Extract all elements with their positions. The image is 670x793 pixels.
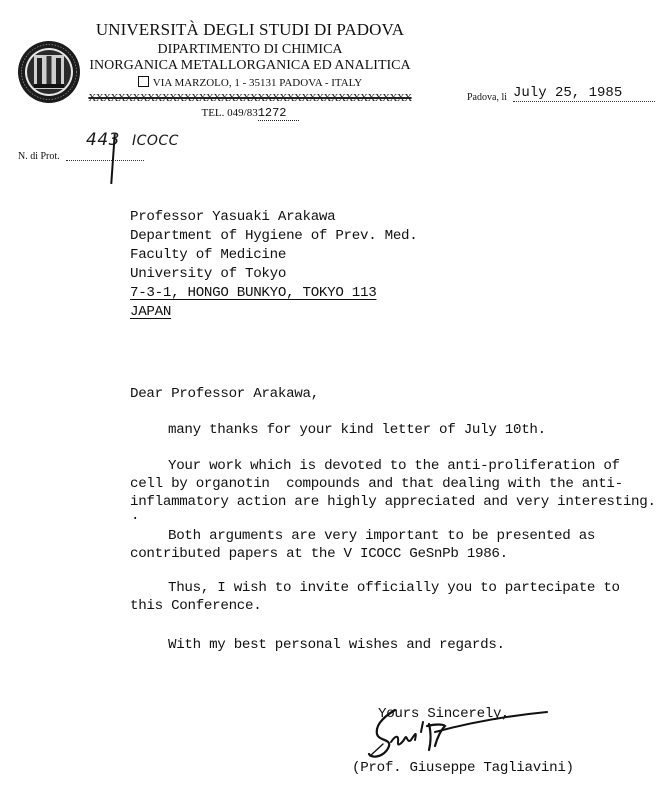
paragraph-3-line-2: contributed papers at the V ICOCC GeSnPb… [130, 546, 508, 562]
tel-label: TEL. 049/83 [201, 107, 257, 119]
department-name: DIPARTIMENTO DI CHIMICA [80, 42, 420, 58]
protocol-label: N. di Prot. [18, 151, 60, 162]
tel-extension: 1272 [258, 106, 299, 121]
salutation: Dear Professor Arakawa, [130, 386, 319, 402]
paragraph-4-line-2: this Conference. [130, 598, 261, 614]
letterhead-telephone: TEL. 049/831272 [80, 106, 420, 120]
protocol-number: 443ICOCC [86, 130, 179, 150]
recipient-street: 7-3-1, HONGO BUNKYO, TOKYO 113 [130, 285, 376, 301]
date-label: Padova, li [467, 92, 507, 103]
recipient-faculty: Faculty of Medicine [130, 247, 286, 263]
protocol-suffix: ICOCC [132, 133, 179, 149]
date-value: July 25, 1985 [513, 85, 655, 102]
struck-out-line: XXXXXXXXXXXXXXXXXXXXXXXXXXXXXXXXXXXXXXXX… [80, 92, 420, 104]
paragraph-2-line-1: Your work which is devoted to the anti-p… [168, 458, 620, 474]
paragraph-3-line-1: Both arguments are very important to be … [168, 528, 595, 544]
address-text: VIA MARZOLO, 1 - 35131 PADOVA - ITALY [153, 77, 362, 89]
recipient-name: Professor Yasuaki Arakawa [130, 209, 335, 225]
paragraph-5-line-1: With my best personal wishes and regards… [168, 637, 505, 653]
recipient-department: Department of Hygiene of Prev. Med. [130, 228, 418, 244]
university-seal-icon [17, 40, 81, 104]
protocol-dotted-line [66, 160, 144, 161]
paragraph-4-line-1: Thus, I wish to invite officially you to… [168, 580, 620, 596]
subdepartment-name: INORGANICA METALLORGANICA ED ANALITICA [80, 58, 420, 74]
checkbox-square-icon [138, 76, 149, 87]
letterhead-address: VIA MARZOLO, 1 - 35131 PADOVA - ITALY [80, 76, 420, 89]
paragraph-1-line-1: many thanks for your kind letter of July… [168, 422, 546, 438]
university-name: UNIVERSITÀ DEGLI STUDI DI PADOVA [80, 20, 420, 40]
paragraph-2-line-2: cell by organotin compounds and that dea… [130, 476, 623, 492]
signatory-name: (Prof. Giuseppe Tagliavini) [352, 760, 574, 776]
recipient-country: JAPAN [130, 304, 171, 320]
recipient-university: University of Tokyo [130, 266, 286, 282]
paragraph-2-line-3: inflammatory action are highly appreciat… [130, 494, 656, 510]
stray-mark: . [131, 508, 139, 524]
